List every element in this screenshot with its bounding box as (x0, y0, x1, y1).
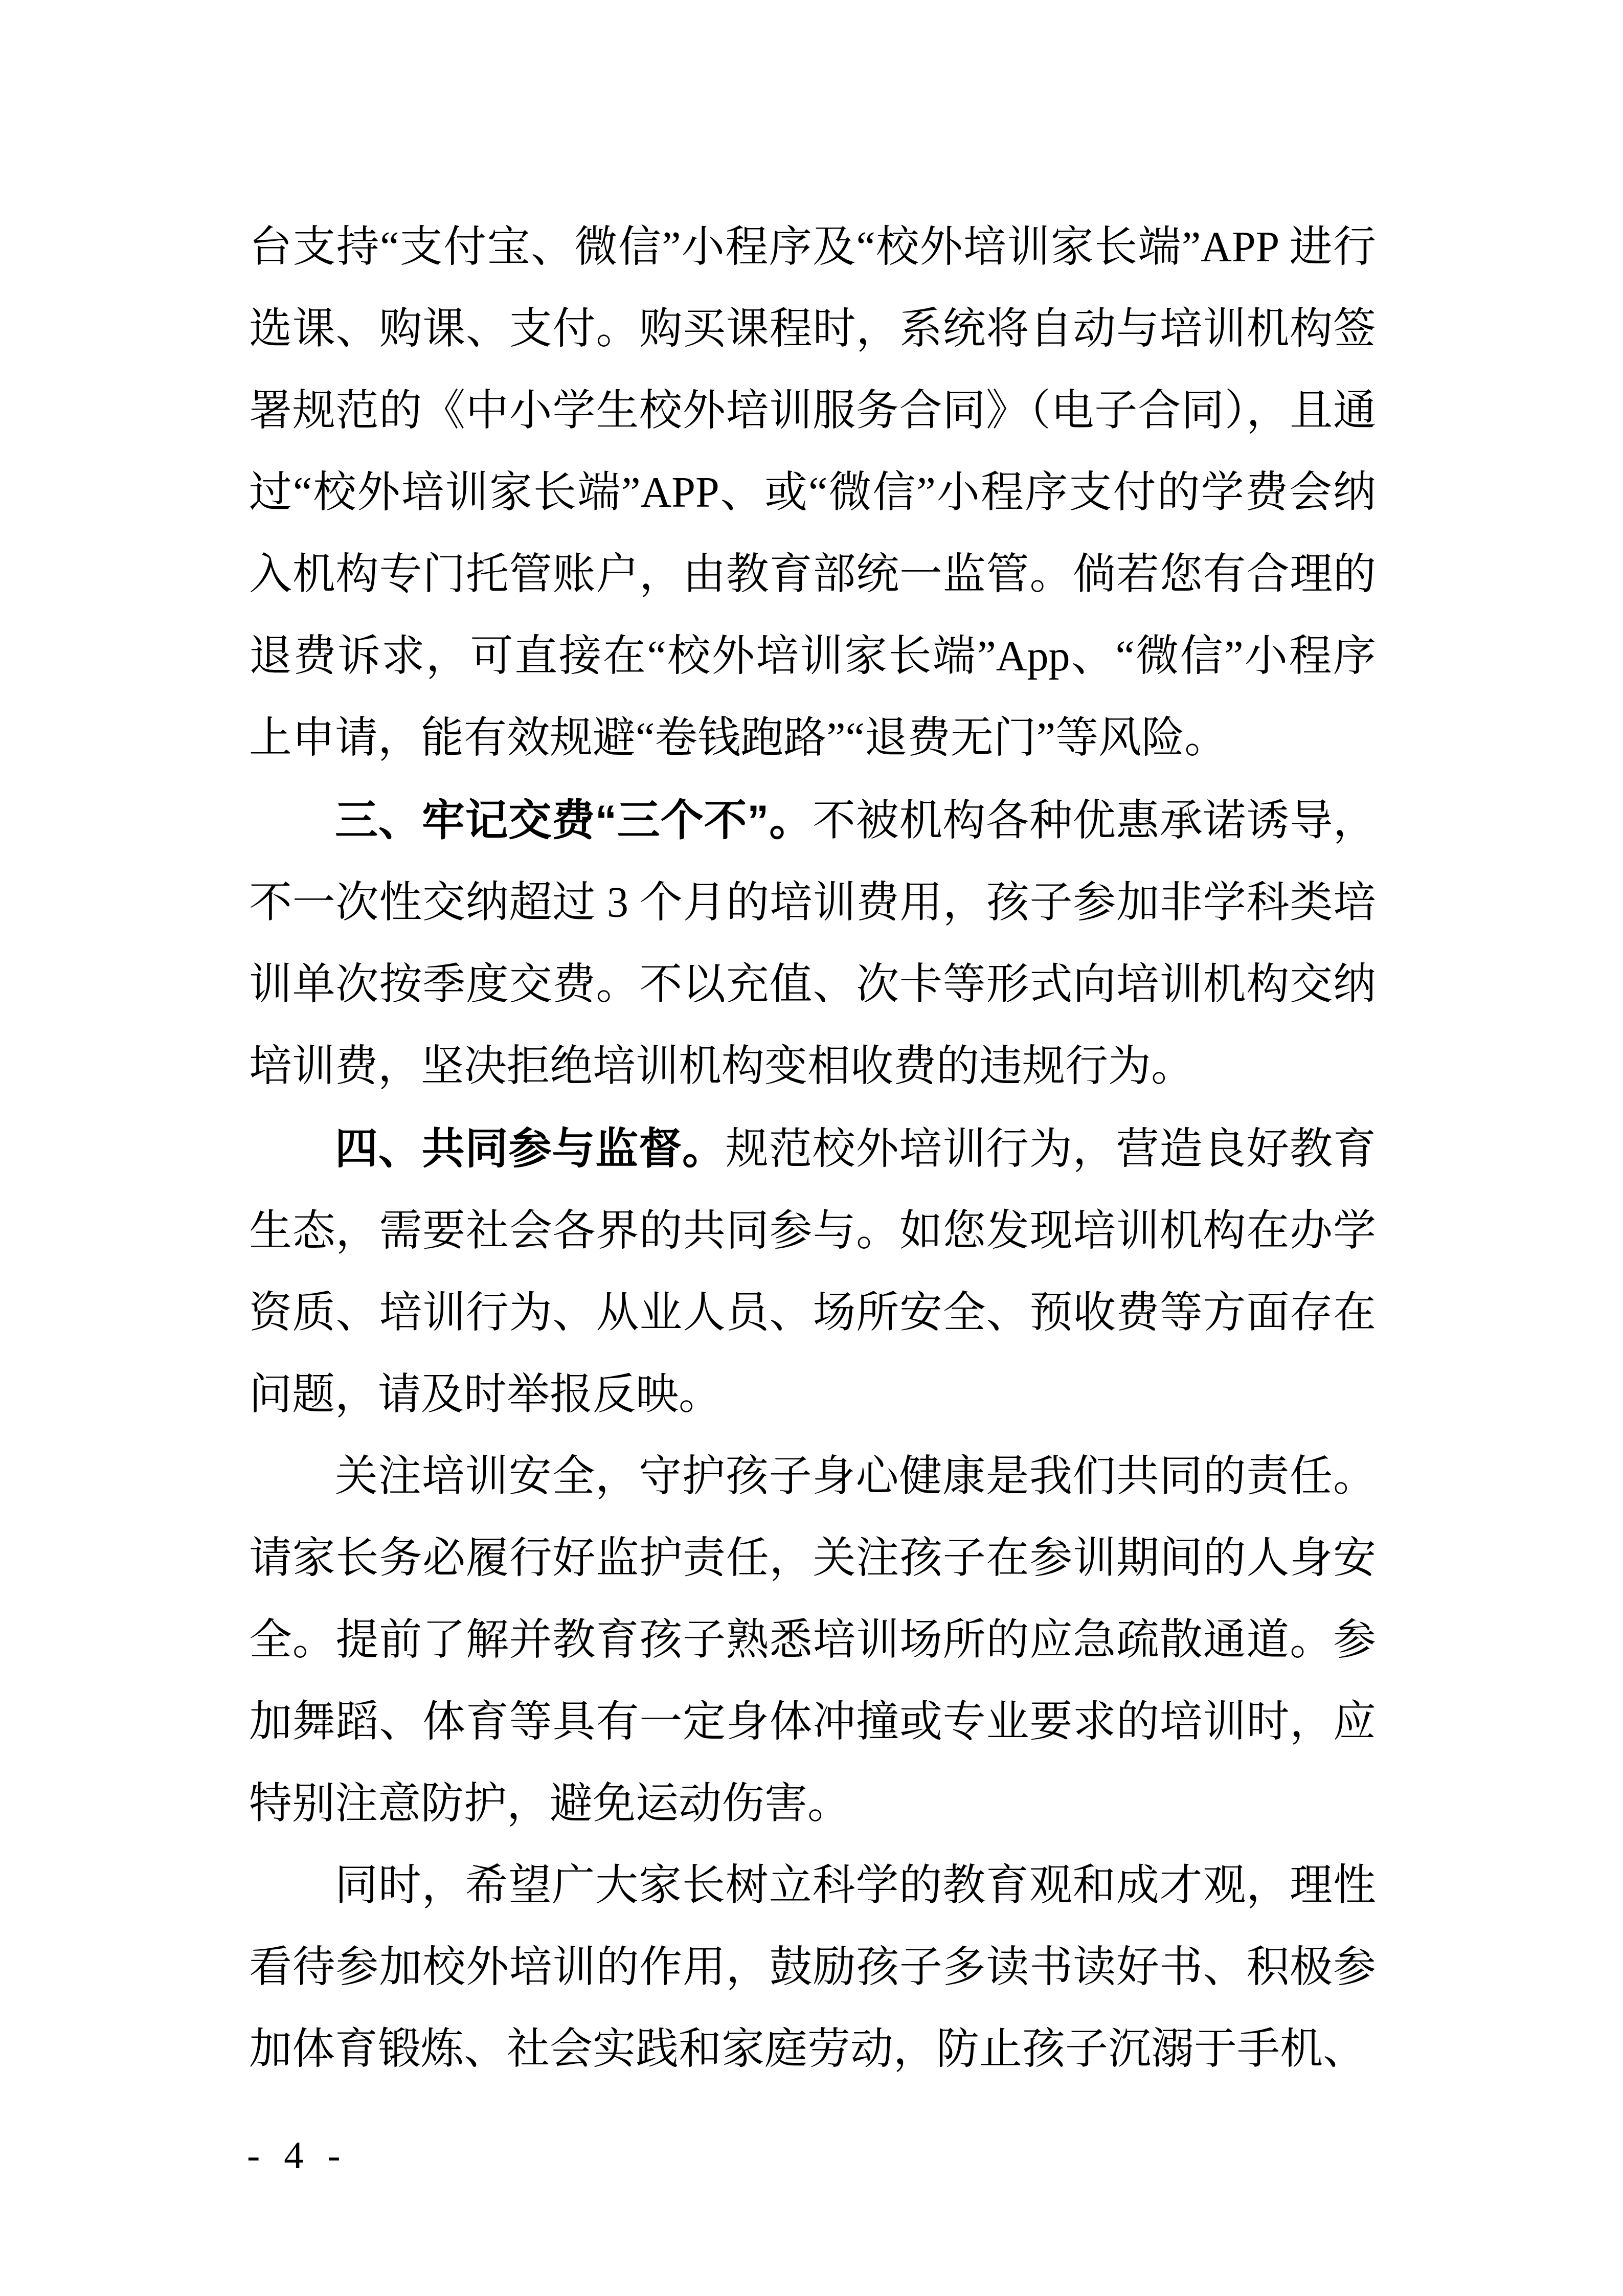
document-page: { "document": { "background_color": "#ff… (0, 0, 1623, 2296)
paragraph: 同时，希望广大家长树立科学的教育观和成才观，理性看待参加校外培训的作用，鼓励孩子… (249, 1845, 1376, 2090)
paragraph: 台支持“支付宝、微信”小程序及“校外培训家长端”APP 进行选课、购课、支付。购… (249, 207, 1376, 779)
page-number: - 4 - (247, 2134, 348, 2177)
paragraph: 四、共同参与监督。规范校外培训行为，营造良好教育生态，需要社会各界的共同参与。如… (249, 1108, 1376, 1436)
paragraph: 关注培训安全，守护孩子身心健康是我们共同的责任。请家长务必履行好监护责任，关注孩… (249, 1436, 1376, 1845)
paragraph-body: 同时，希望广大家长树立科学的教育观和成才观，理性看待参加校外培训的作用，鼓励孩子… (249, 1862, 1376, 2073)
text-block: 台支持“支付宝、微信”小程序及“校外培训家长端”APP 进行选课、购课、支付。购… (249, 207, 1376, 2090)
paragraph-heading: 四、共同参与监督。 (335, 1124, 726, 1173)
paragraph-body: 台支持“支付宝、微信”小程序及“校外培训家长端”APP 进行选课、购课、支付。购… (249, 223, 1376, 762)
page-sheet: 台支持“支付宝、微信”小程序及“校外培训家长端”APP 进行选课、购课、支付。购… (0, 0, 1623, 2296)
paragraph: 三、牢记交费“三个不”。不被机构各种优惠承诺诱导，不一次性交纳超过 3 个月的培… (249, 779, 1376, 1108)
paragraph-body: 关注培训安全，守护孩子身心健康是我们共同的责任。请家长务必履行好监护责任，关注孩… (249, 1453, 1376, 1828)
paragraph-heading: 三、牢记交费“三个不”。 (335, 796, 813, 844)
page-footer: - 4 - (247, 2133, 348, 2178)
